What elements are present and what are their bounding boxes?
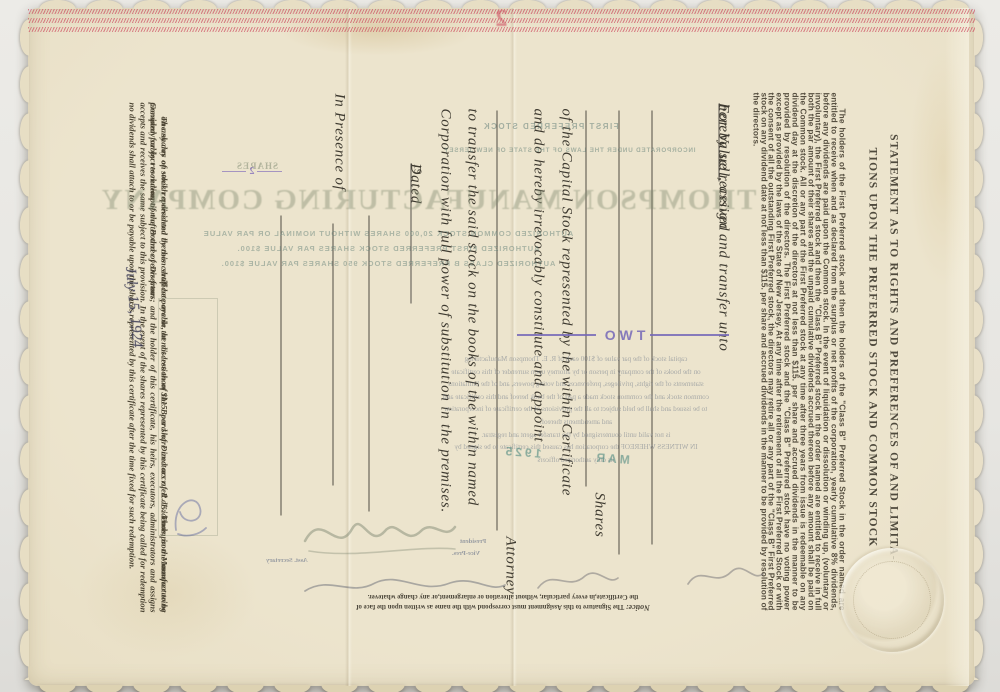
- embossed-corporate-seal: [840, 548, 944, 652]
- witness-line-1: [332, 223, 333, 485]
- assignment-line-capital-stock: of the Capital Stock represented by the …: [557, 108, 574, 496]
- showthrough-signature-scrawl: [683, 558, 768, 594]
- witness-line-2: [280, 215, 281, 515]
- certificate-back: STATEMENT AS TO RIGHTS AND PREFERENCES O…: [28, 8, 975, 686]
- showthrough-signature-scrawl: [300, 573, 510, 599]
- witness-label: In Presence of: [330, 93, 347, 190]
- deckle-edge-right: [974, 14, 986, 680]
- holder-signature-line: [368, 215, 369, 511]
- notice-label: Notice:: [626, 603, 650, 612]
- showthrough-president-signature: [297, 501, 462, 563]
- showthrough-signature-scrawl: [533, 564, 623, 596]
- showthrough-ink-mark: [166, 482, 212, 540]
- deckle-edge-left: [17, 14, 29, 680]
- assignment-line-appoint: and do hereby irrevocably constitute and…: [529, 108, 546, 442]
- red-number-stamp-text: 2: [28, 6, 975, 33]
- attorney-name-line: [496, 110, 497, 530]
- sell-assign-label: hereby sell, assign and transfer unto: [714, 103, 731, 351]
- shares-count-line: [585, 110, 586, 486]
- notice-line1: Notice: The Signature to this Assignment…: [246, 601, 760, 612]
- year-fill: [410, 163, 423, 243]
- notice-line1-text: The Signature to this Assignment must co…: [356, 603, 624, 610]
- red-number-stamp: 2: [28, 8, 130, 35]
- assignee-address-line: [618, 110, 619, 554]
- redemption-after-blank: on any day on which a dividend thereon s…: [127, 102, 169, 612]
- shares-suffix: Shares: [590, 492, 607, 537]
- scan-background: STATEMENT AS TO RIGHTS AND PREFERENCES O…: [0, 0, 1000, 692]
- assignee-name-line: [651, 110, 652, 544]
- statement-paragraph: The holders of the First Preferred stock…: [751, 92, 845, 610]
